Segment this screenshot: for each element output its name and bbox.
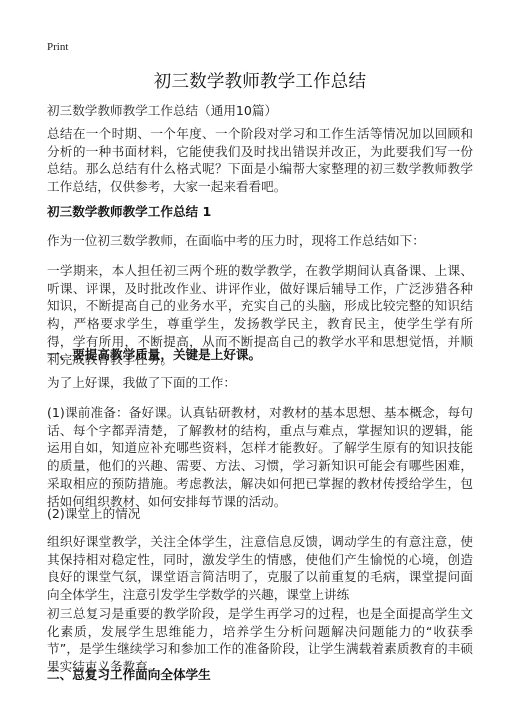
document-subtitle: 初三数学教师教学工作总结（通用10篇） <box>47 100 277 119</box>
intro-paragraph: 总结在一个时期、一个年度、一个阶段对学习和工作生活等情况加以回顾和分析的一种书面… <box>47 125 473 196</box>
heading-review-all-students: 二、总复习工作面向全体学生 <box>47 666 473 684</box>
paragraph-opening: 作为一位初三数学教师，在面临中考的压力时，现将工作总结如下： <box>47 232 473 250</box>
section-heading-1: 初三数学教师教学工作总结 1 <box>47 203 473 221</box>
print-label: Print <box>47 41 68 53</box>
paragraph-classroom: 组织好课堂教学，关注全体学生，注意信息反馈，调动学生的有意注意，使其保持相对稳定… <box>47 533 473 604</box>
heading-teaching-quality: 一、要提高教学质量，关键是上好课。 <box>47 346 473 364</box>
paragraph-classroom-title: (2)课堂上的情况 <box>47 505 473 523</box>
paragraph-preparation: (1)课前准备：备好课。认真钻研教材，对教材的基本思想、基本概念，每句话、每个字… <box>47 404 473 510</box>
paragraph-work-intro: 为了上好课，我做了下面的工作： <box>47 374 473 392</box>
document-title: 初三数学教师教学工作总结 <box>0 68 520 93</box>
